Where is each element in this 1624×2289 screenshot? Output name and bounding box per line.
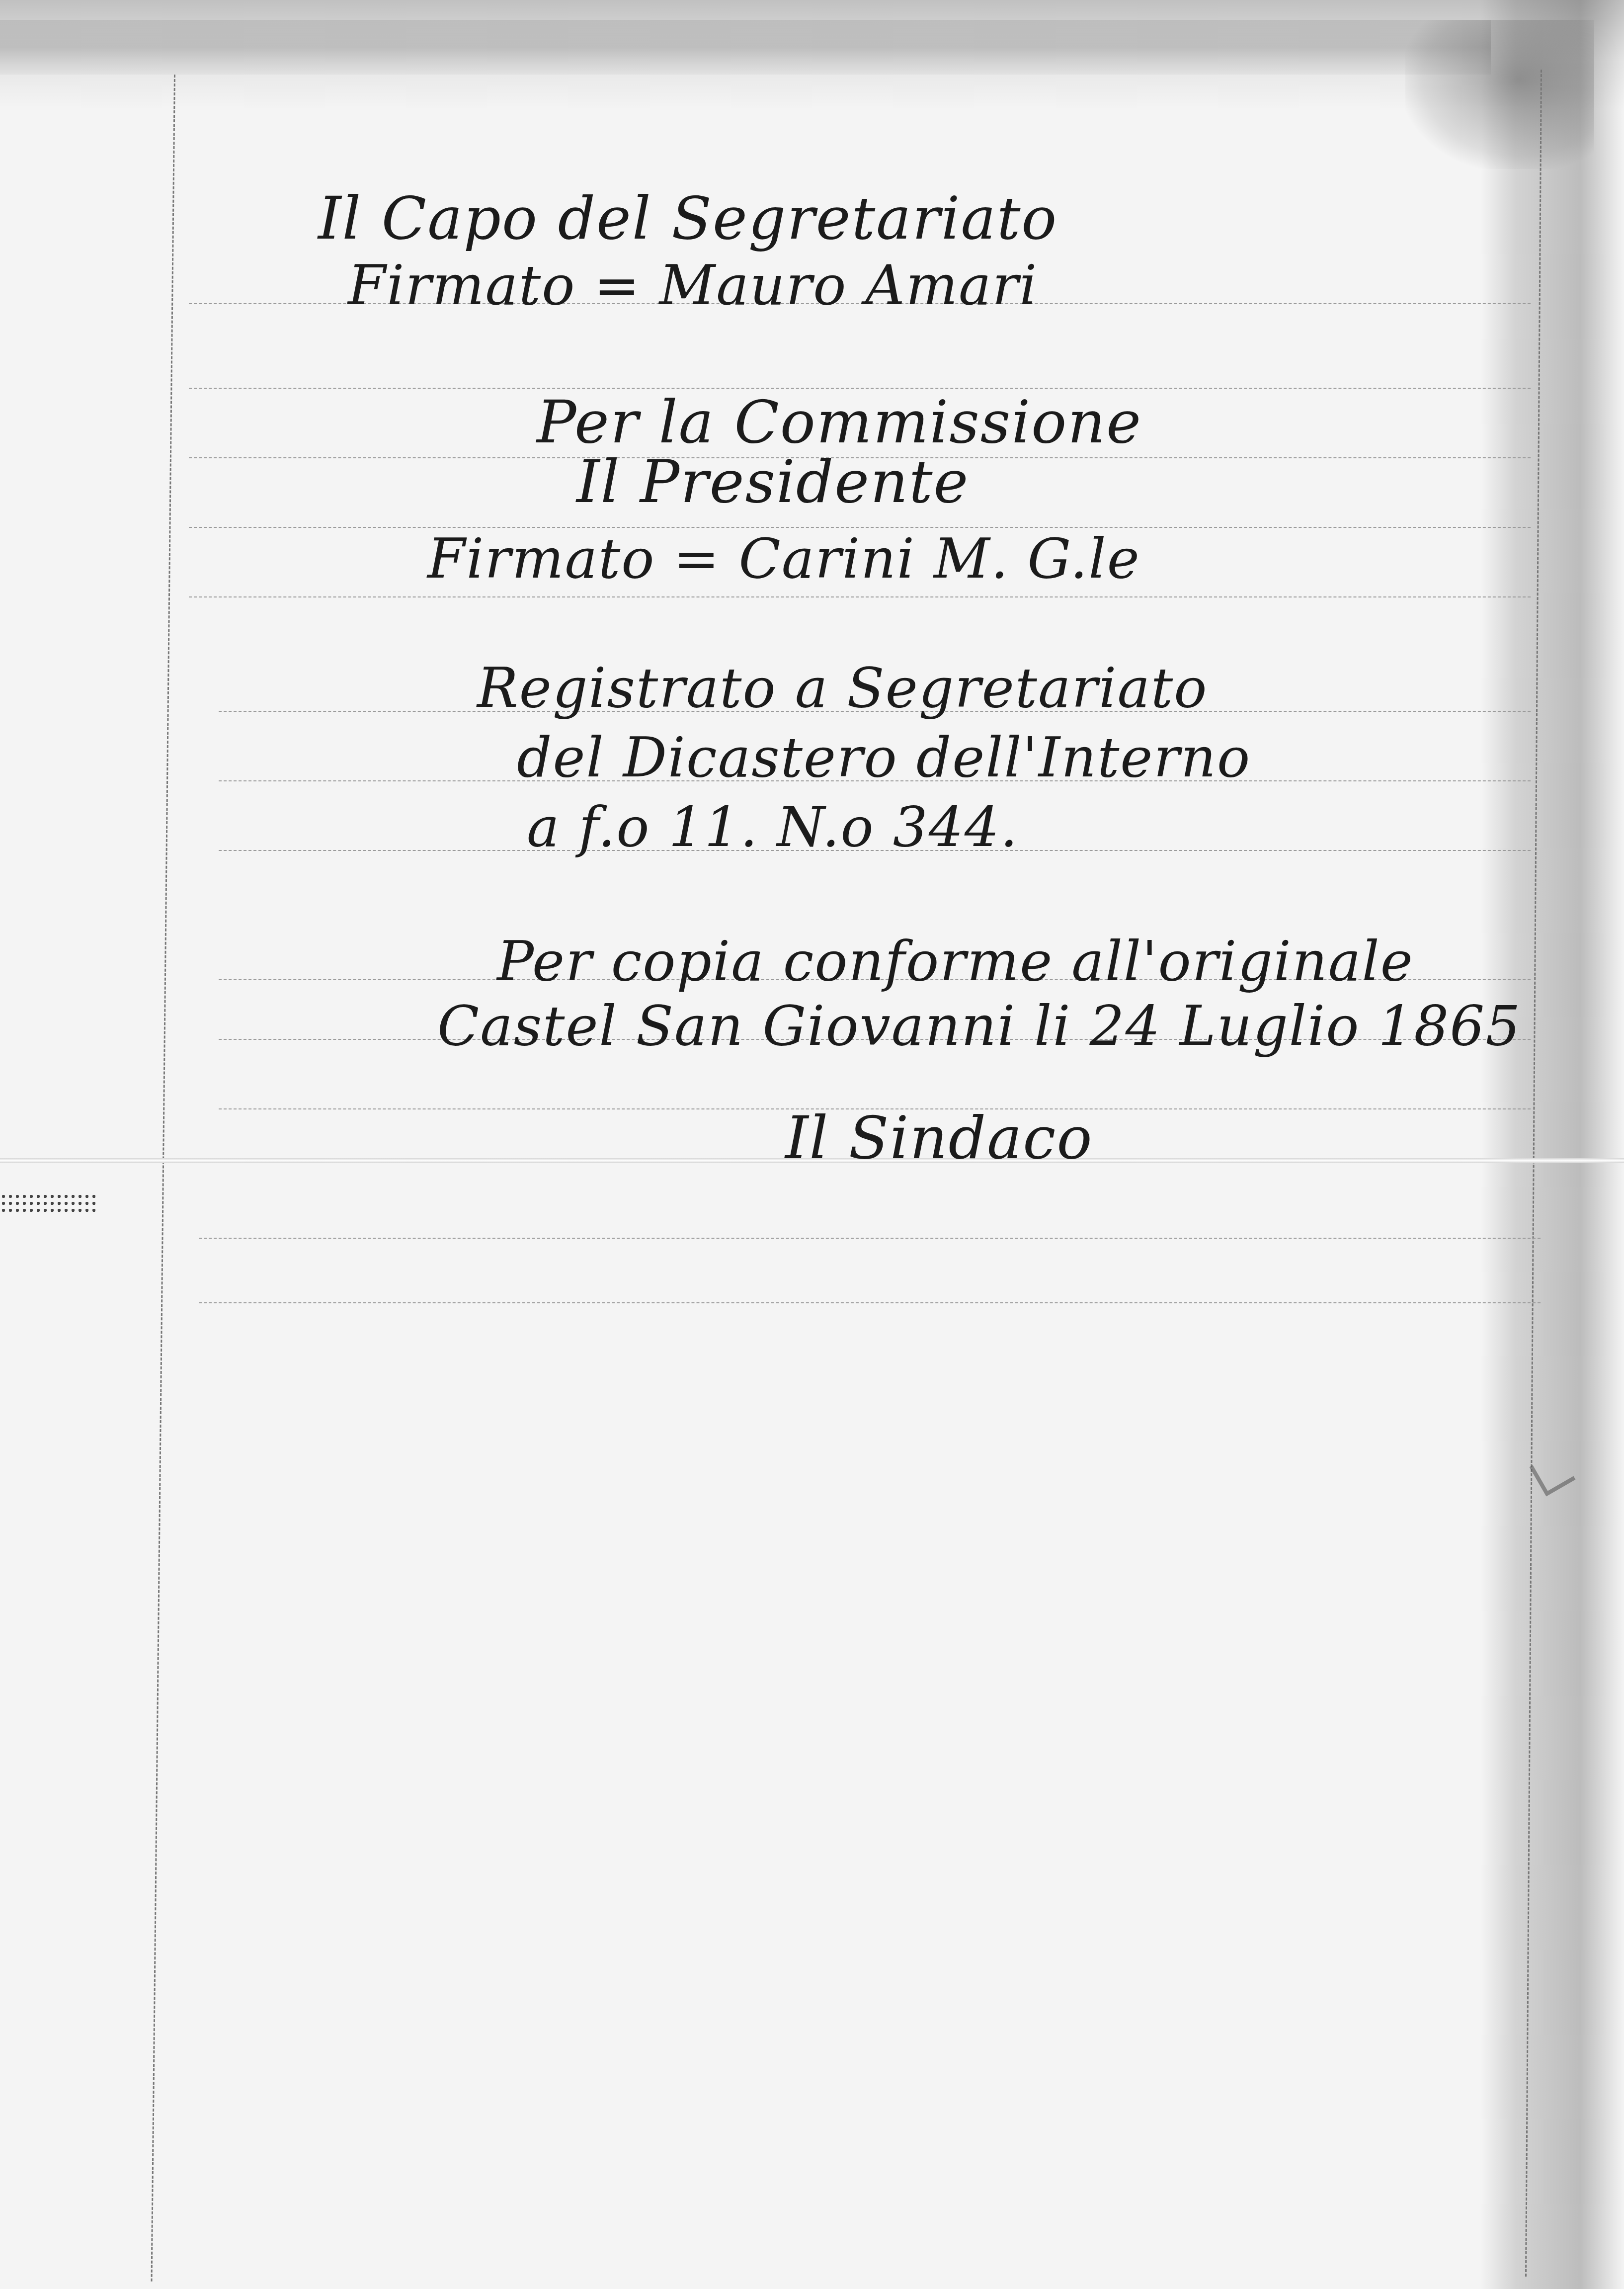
corner-stain [1405,20,1594,169]
text-per-la-commissione: Per la Commissione [537,388,1142,456]
text-foglio-numero: a f.o 11. N.o 344. [527,795,1019,859]
text-il-presidente: Il Presidente [576,447,969,516]
dot-pattern-mark [0,1193,99,1213]
ruled-line [199,1302,1541,1303]
left-margin-line [151,75,175,2282]
document-page: Il Capo del Segretariato Firmato = Mauro… [0,0,1624,2289]
text-il-sindaco: Il Sindaco [785,1103,1093,1172]
text-luogo-data: Castel San Giovanni li 24 Luglio 1865 [437,994,1521,1058]
right-edge-mark [1530,1450,1576,1497]
text-copia-conforme: Per copia conforme all'originale [497,930,1414,993]
text-registrato: Registrato a Segretariato [477,656,1208,720]
text-firmato-carini: Firmato = Carini M. G.le [427,527,1140,591]
right-margin-line [1525,70,1542,2277]
scan-shadow-band [0,20,1491,75]
ruled-line [199,1238,1541,1239]
text-capo-segretariato: Il Capo del Segretariato [318,184,1057,253]
ruled-line [189,596,1531,597]
text-firmato-amari: Firmato = Mauro Amari [348,254,1038,317]
text-dicastero-interno: del Dicastero dell'Interno [517,726,1251,789]
